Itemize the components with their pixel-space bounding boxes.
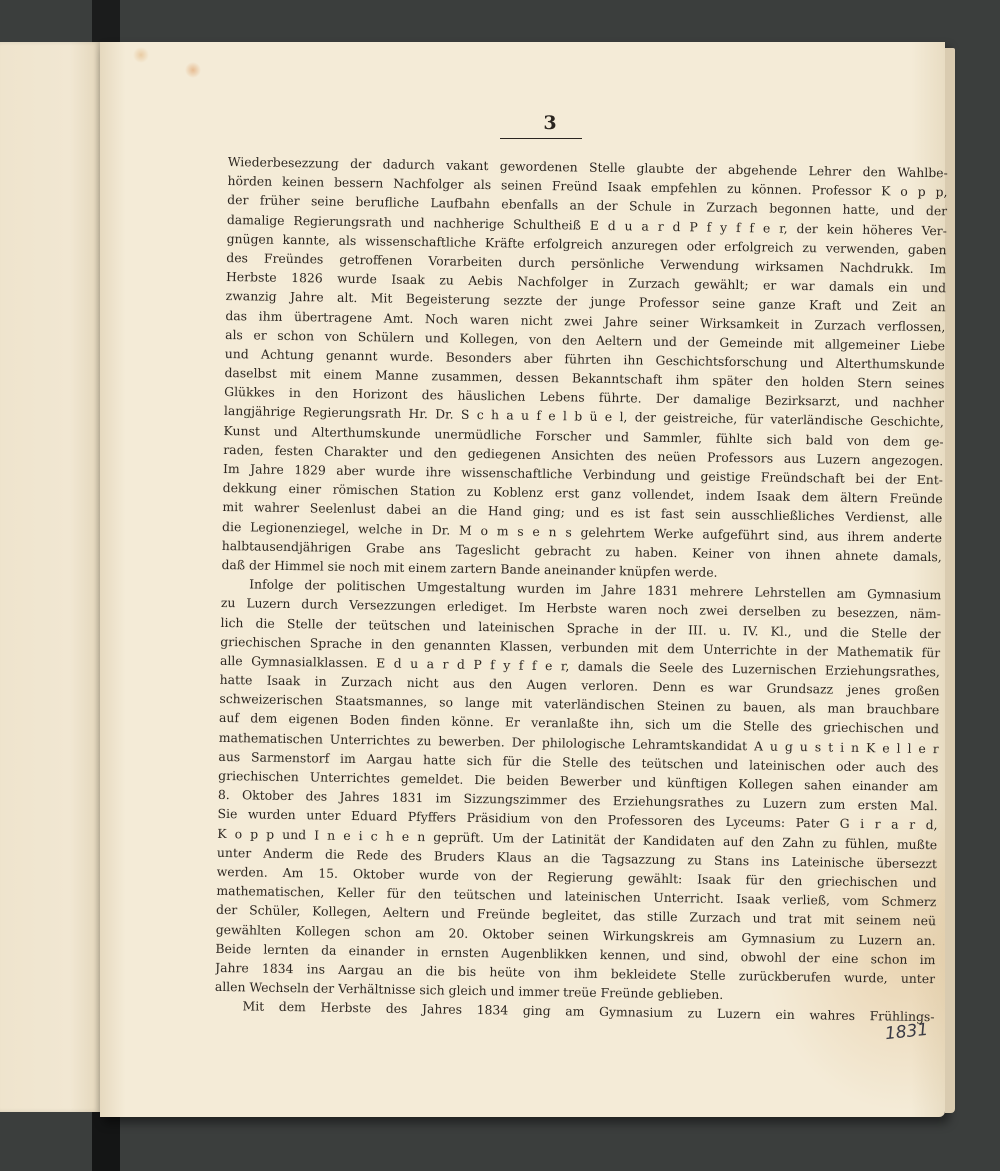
handwritten-margin-note: 1831 (884, 1020, 929, 1044)
left-page-edge (0, 42, 100, 1112)
book-spine-bottom (92, 1108, 120, 1171)
book-page: 3 Wiederbesezzung der dadurch vakant gew… (100, 42, 945, 1117)
page-number: 3 (530, 112, 570, 134)
body-text: Wiederbesezzung der dadurch vakant gewor… (214, 152, 947, 1027)
page-number-rule (500, 138, 582, 139)
book-spine-top (92, 0, 120, 45)
